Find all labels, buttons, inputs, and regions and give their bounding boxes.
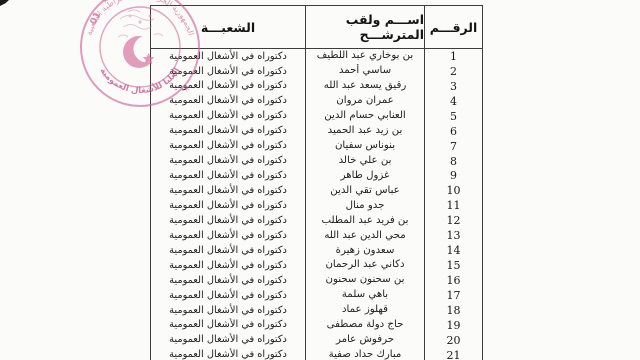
table-row: 20 حرفوش عامر دكتوراه في الأشغال العمومي… (151, 333, 482, 348)
cell-number: 2 (425, 64, 482, 79)
cell-number: 6 (425, 124, 482, 139)
cell-number: 13 (425, 228, 482, 243)
cell-number: 10 (425, 183, 482, 198)
stamp-office-number: 01 (89, 11, 103, 27)
cell-candidate-name: بن علي خالد (305, 154, 425, 169)
cell-number: 18 (425, 303, 482, 318)
cell-number: 12 (425, 213, 482, 228)
cell-candidate-name: سعدون زهيرة (305, 243, 425, 258)
cell-specialty: دكتوراه في الأشغال العمومية (151, 94, 305, 109)
table-row: 15 دكاني عبد الرحمان دكتوراه في الأشغال … (151, 258, 482, 273)
table-row: 13 محي الدين عبد الله دكتوراه في الأشغال… (151, 228, 482, 243)
table-row: 14 سعدون زهيرة دكتوراه في الأشغال العموم… (151, 243, 482, 258)
cell-specialty: دكتوراه في الأشغال العمومية (151, 109, 305, 124)
scanned-document-page: الرقـــم اســـم ولقب المترشـــح الشعبـــ… (0, 0, 640, 360)
cell-candidate-name: قهلوز عماد (305, 303, 425, 318)
cell-specialty: دكتوراه في الأشغال العمومية (151, 64, 305, 79)
cell-specialty: دكتوراه في الأشغال العمومية (151, 154, 305, 169)
cell-number: 11 (425, 198, 482, 213)
cell-specialty: دكتوراه في الأشغال العمومية (151, 273, 305, 288)
cell-candidate-name: حرفوش عامر (305, 333, 425, 348)
cell-number: 20 (425, 333, 482, 348)
cell-candidate-name: غزول طاهر (305, 169, 425, 184)
cell-candidate-name: عمران مروان (305, 94, 425, 109)
cell-specialty: دكتوراه في الأشغال العمومية (151, 213, 305, 228)
cell-number: 1 (425, 49, 482, 64)
cell-candidate-name: العنابي حسام الدين (305, 109, 425, 124)
cell-specialty: دكتوراه في الأشغال العمومية (151, 333, 305, 348)
table-row: 21 مبارك حداد صفية دكتوراه في الأشغال ال… (151, 348, 482, 360)
cell-number: 14 (425, 243, 482, 258)
cell-specialty: دكتوراه في الأشغال العمومية (151, 243, 305, 258)
cell-specialty: دكتوراه في الأشغال العمومية (151, 169, 305, 184)
scan-corner-artifact (0, 0, 9, 6)
table-row: 17 باهي سلمة دكتوراه في الأشغال العمومية (151, 288, 482, 303)
cell-candidate-name: دكاني عبد الرحمان (305, 258, 425, 273)
cell-number: 9 (425, 169, 482, 184)
table-row: 18 قهلوز عماد دكتوراه في الأشغال العمومي… (151, 303, 482, 318)
table-row: 16 بن سحنون سحنون دكتوراه في الأشغال الع… (151, 273, 482, 288)
cell-number: 16 (425, 273, 482, 288)
cell-number: 4 (425, 94, 482, 109)
cell-specialty: دكتوراه في الأشغال العمومية (151, 258, 305, 273)
cell-candidate-name: حاج دولة مصطفى (305, 318, 425, 333)
table-body: 1 بن بوخاري عبد اللطيف دكتوراه في الأشغا… (151, 49, 482, 360)
cell-candidate-name: بن زيد عبد الحميد (305, 124, 425, 139)
cell-number: 3 (425, 79, 482, 94)
cell-number: 7 (425, 139, 482, 154)
table-row: 12 بن فريد عبد المطلب دكتوراه في الأشغال… (151, 213, 482, 228)
cell-candidate-name: عباس تقي الدين (305, 183, 425, 198)
cell-number: 5 (425, 109, 482, 124)
cell-candidate-name: بن فريد عبد المطلب (305, 213, 425, 228)
cell-number: 19 (425, 318, 482, 333)
column-header-number: الرقـــم (425, 6, 482, 48)
cell-candidate-name: باهي سلمة (305, 288, 425, 303)
table-row: 10 عباس تقي الدين دكتوراه في الأشغال الع… (151, 183, 482, 198)
column-header-specialty: الشعبـــة (151, 6, 305, 48)
table-row: 9 غزول طاهر دكتوراه في الأشغال العمومية (151, 169, 482, 184)
table-row: 1 بن بوخاري عبد اللطيف دكتوراه في الأشغا… (151, 49, 482, 64)
cell-specialty: دكتوراه في الأشغال العمومية (151, 49, 305, 64)
table-header-row: الرقـــم اســـم ولقب المترشـــح الشعبـــ… (151, 6, 482, 49)
column-header-name: اســـم ولقب المترشـــح (305, 6, 425, 48)
cell-specialty: دكتوراه في الأشغال العمومية (151, 348, 305, 360)
cell-candidate-name: بن سحنون سحنون (305, 273, 425, 288)
table-row: 7 بنوناس سفيان دكتوراه في الأشغال العموم… (151, 139, 482, 154)
cell-specialty: دكتوراه في الأشغال العمومية (151, 183, 305, 198)
table-row: 19 حاج دولة مصطفى دكتوراه في الأشغال الع… (151, 318, 482, 333)
candidates-table: الرقـــم اســـم ولقب المترشـــح الشعبـــ… (150, 5, 483, 360)
cell-candidate-name: محي الدين عبد الله (305, 228, 425, 243)
cell-number: 17 (425, 288, 482, 303)
cell-number: 21 (425, 348, 482, 360)
cell-candidate-name: مبارك حداد صفية (305, 348, 425, 360)
cell-specialty: دكتوراه في الأشغال العمومية (151, 288, 305, 303)
table-row: 4 عمران مروان دكتوراه في الأشغال العمومي… (151, 94, 482, 109)
table-row: 2 ساسي أحمد دكتوراه في الأشغال العمومية (151, 64, 482, 79)
table-row: 5 العنابي حسام الدين دكتوراه في الأشغال … (151, 109, 482, 124)
cell-specialty: دكتوراه في الأشغال العمومية (151, 139, 305, 154)
cell-candidate-name: جدو منال (305, 198, 425, 213)
cell-number: 15 (425, 258, 482, 273)
stamp-star-icon: ★ (100, 0, 111, 6)
cell-candidate-name: بن بوخاري عبد اللطيف (305, 49, 425, 64)
cell-specialty: دكتوراه في الأشغال العمومية (151, 79, 305, 94)
table-row: 6 بن زيد عبد الحميد دكتوراه في الأشغال ا… (151, 124, 482, 139)
cell-specialty: دكتوراه في الأشغال العمومية (151, 303, 305, 318)
cell-specialty: دكتوراه في الأشغال العمومية (151, 228, 305, 243)
table-row: 11 جدو منال دكتوراه في الأشغال العمومية (151, 198, 482, 213)
cell-specialty: دكتوراه في الأشغال العمومية (151, 124, 305, 139)
table-row: 8 بن علي خالد دكتوراه في الأشغال العمومي… (151, 154, 482, 169)
cell-number: 8 (425, 154, 482, 169)
cell-specialty: دكتوراه في الأشغال العمومية (151, 198, 305, 213)
cell-candidate-name: ساسي أحمد (305, 64, 425, 79)
table-row: 3 رقيق يسعد عبد الله دكتوراه في الأشغال … (151, 79, 482, 94)
cell-candidate-name: بنوناس سفيان (305, 139, 425, 154)
cell-specialty: دكتوراه في الأشغال العمومية (151, 318, 305, 333)
cell-candidate-name: رقيق يسعد عبد الله (305, 79, 425, 94)
